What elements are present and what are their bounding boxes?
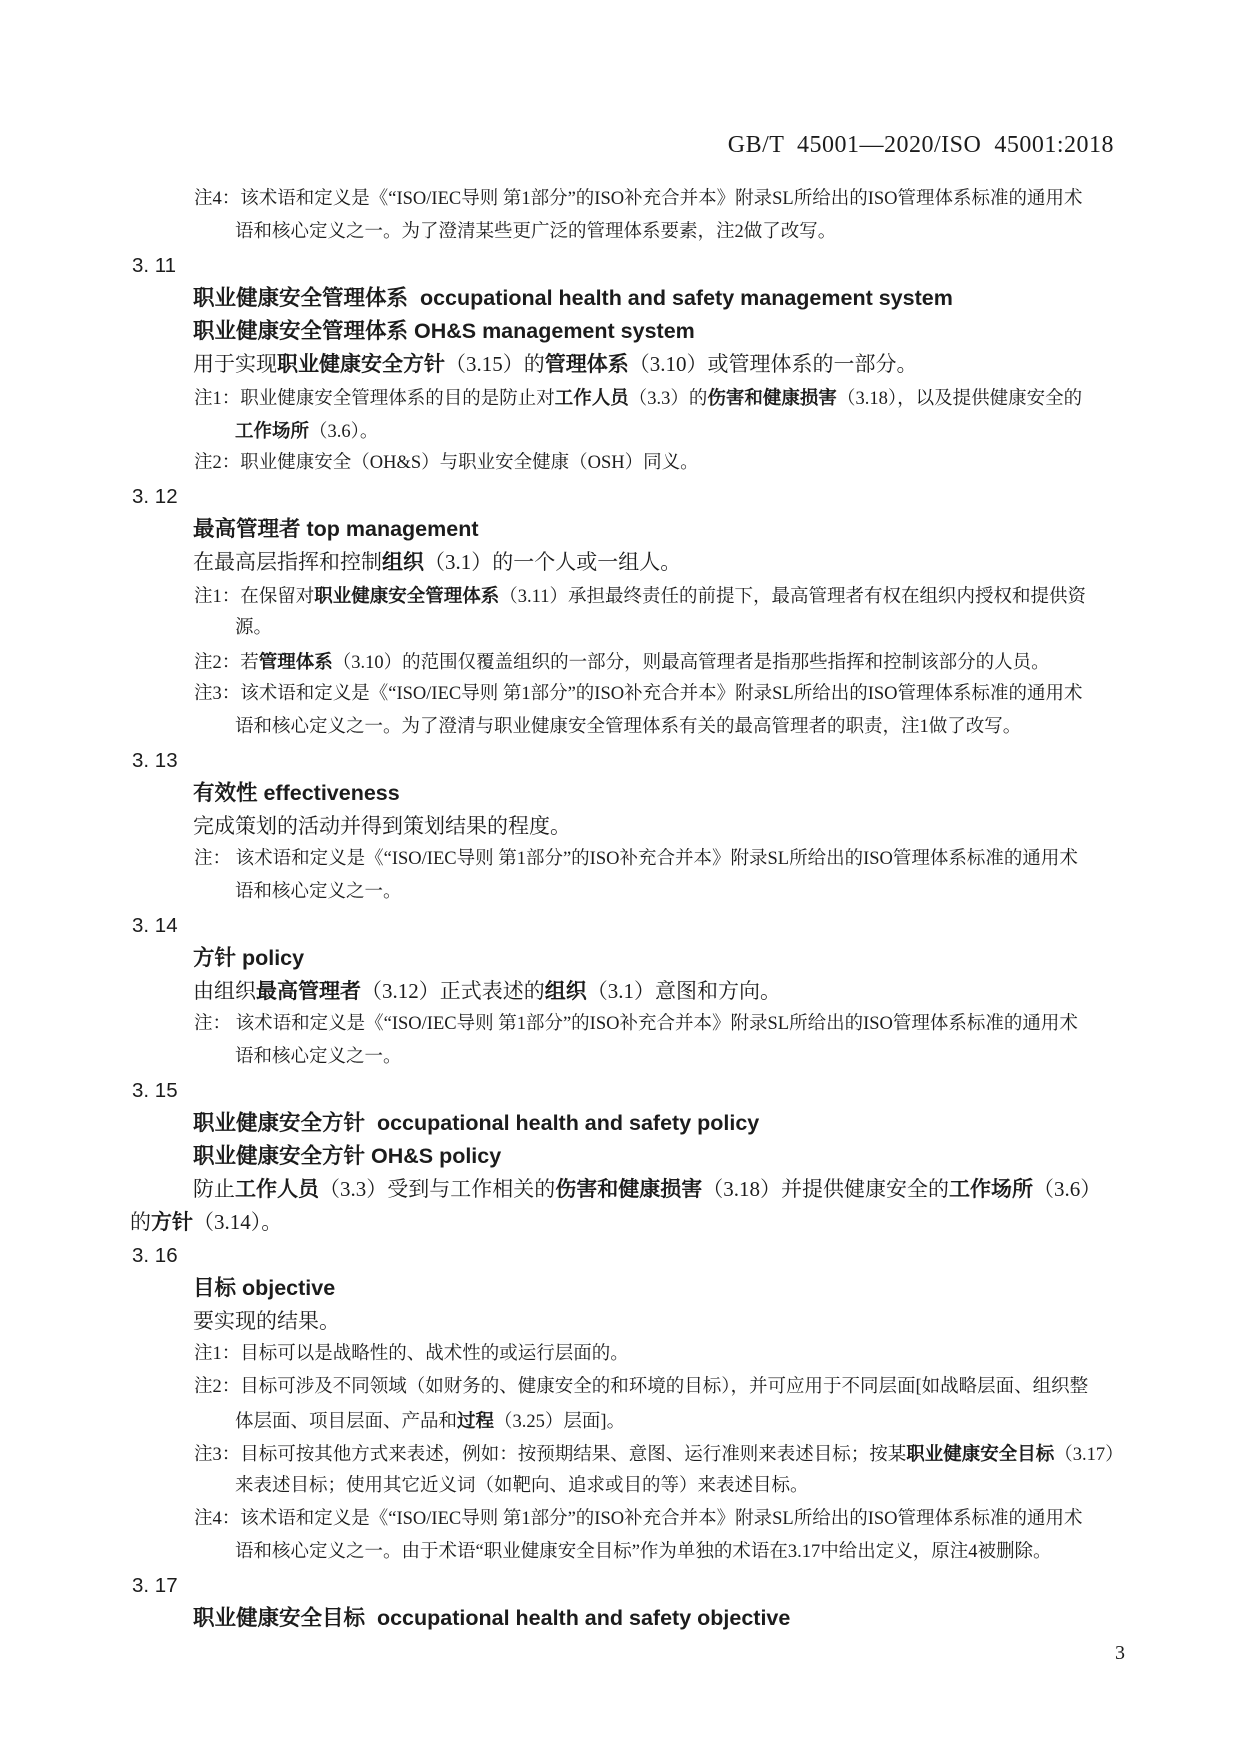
definition-text: 要实现的结果。 <box>193 1305 1135 1338</box>
term-heading: 职业健康安全方针 OH&S policy <box>193 1140 1135 1173</box>
term-heading: 职业健康安全目标 occupational health and safety … <box>193 1602 1135 1635</box>
term-heading: 职业健康安全管理体系 occupational health and safet… <box>193 282 1135 315</box>
definition-text: 完成策划的活动并得到策划结果的程度。 <box>193 810 1135 843</box>
note-text: 语和核心定义之一。为了澄清某些更广泛的管理体系要素，注2做了改写。 <box>235 216 1135 249</box>
note-text: 工作场所（3.6）。 <box>235 414 1135 447</box>
section-number: 3. 11 <box>132 249 1135 282</box>
note-text: 源。 <box>235 612 1135 645</box>
definition-text: 用于实现职业健康安全方针（3.15）的管理体系（3.10）或管理体系的一部分。 <box>193 348 1135 381</box>
note-text: 注： 该术语和定义是《“ISO/IEC导则 第1部分”的ISO补充合并本》附录S… <box>194 843 1135 876</box>
note-text: 语和核心定义之一。为了澄清与职业健康安全管理体系有关的最高管理者的职责，注1做了… <box>235 711 1135 744</box>
section-number: 3. 13 <box>132 744 1135 777</box>
term-heading: 最高管理者 top management <box>193 513 1135 546</box>
definition-text: 由组织最高管理者（3.12）正式表述的组织（3.1）意图和方向。 <box>193 975 1135 1008</box>
note-text: 注2：目标可涉及不同领域（如财务的、健康安全的和环境的目标），并可应用于不同层面… <box>194 1371 1135 1404</box>
note-text: 注1：目标可以是战略性的、战术性的或运行层面的。 <box>194 1338 1135 1371</box>
definition-text: 的方针（3.14）。 <box>130 1206 1135 1239</box>
section-number: 3. 15 <box>132 1074 1135 1107</box>
page-number: 3 <box>130 1638 1125 1668</box>
section-number: 3. 12 <box>132 480 1135 513</box>
note-text: 来表述目标；使用其它近义词（如靶向、追求或目的等）来表述目标。 <box>235 1470 1135 1503</box>
note-text: 体层面、项目层面、产品和过程（3.25）层面]。 <box>235 1404 1135 1437</box>
term-heading: 有效性 effectiveness <box>193 777 1135 810</box>
definition-text: 在最高层指挥和控制组织（3.1）的一个人或一组人。 <box>193 546 1135 579</box>
term-heading: 职业健康安全管理体系 OH&S management system <box>193 315 1135 348</box>
note-text: 注1：职业健康安全管理体系的目的是防止对工作人员（3.3）的伤害和健康损害（3.… <box>194 381 1135 414</box>
page-header-standard-number: GB/T 45001—2020/ISO 45001:2018 <box>130 130 1114 160</box>
note-text: 注2：职业健康安全（OH&S）与职业安全健康（OSH）同义。 <box>194 447 1135 480</box>
note-text: 注1：在保留对职业健康安全管理体系（3.11）承担最终责任的前提下，最高管理者有… <box>194 579 1135 612</box>
term-heading: 方针 policy <box>193 942 1135 975</box>
section-number: 3. 14 <box>132 909 1135 942</box>
term-heading: 职业健康安全方针 occupational health and safety … <box>193 1107 1135 1140</box>
note-text: 注： 该术语和定义是《“ISO/IEC导则 第1部分”的ISO补充合并本》附录S… <box>194 1008 1135 1041</box>
note-text: 注4：该术语和定义是《“ISO/IEC导则 第1部分”的ISO补充合并本》附录S… <box>194 1503 1135 1536</box>
document-content: 注4：该术语和定义是《“ISO/IEC导则 第1部分”的ISO补充合并本》附录S… <box>130 183 1135 1635</box>
term-heading: 目标 objective <box>193 1272 1135 1305</box>
note-text: 语和核心定义之一。 <box>235 876 1135 909</box>
section-number: 3. 17 <box>132 1569 1135 1602</box>
document-page: GB/T 45001—2020/ISO 45001:2018 注4：该术语和定义… <box>0 0 1241 1755</box>
note-text: 注2：若管理体系（3.10）的范围仅覆盖组织的一部分，则最高管理者是指那些指挥和… <box>194 645 1135 678</box>
note-text: 注3：该术语和定义是《“ISO/IEC导则 第1部分”的ISO补充合并本》附录S… <box>194 678 1135 711</box>
note-text: 语和核心定义之一。由于术语“职业健康安全目标”作为单独的术语在3.17中给出定义… <box>235 1536 1135 1569</box>
definition-text: 防止工作人员（3.3）受到与工作相关的伤害和健康损害（3.18）并提供健康安全的… <box>193 1173 1135 1206</box>
note-text: 语和核心定义之一。 <box>235 1041 1135 1074</box>
note-text: 注3：目标可按其他方式来表述，例如：按预期结果、意图、运行准则来表述目标；按某职… <box>194 1437 1135 1470</box>
note-text: 注4：该术语和定义是《“ISO/IEC导则 第1部分”的ISO补充合并本》附录S… <box>194 183 1135 216</box>
section-number: 3. 16 <box>132 1239 1135 1272</box>
